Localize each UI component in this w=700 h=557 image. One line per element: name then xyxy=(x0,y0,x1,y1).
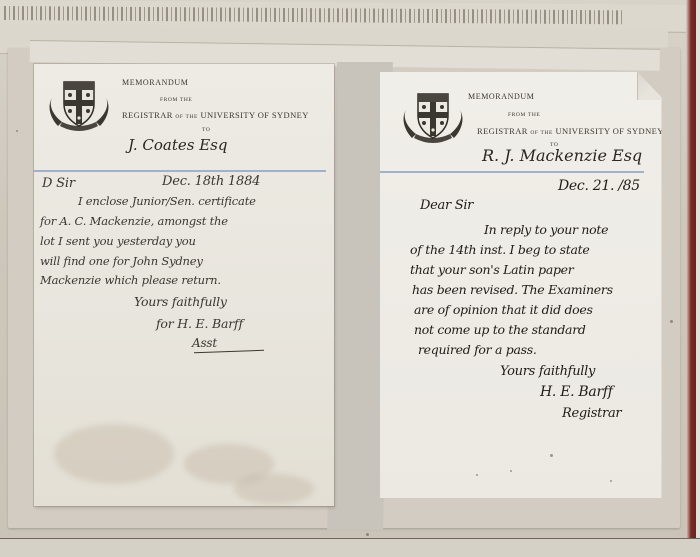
letterhead-registrar: REGISTRAR xyxy=(122,110,173,120)
signature-title: Registrar xyxy=(562,406,621,421)
body-line: of the 14th inst. I beg to state xyxy=(410,242,589,257)
body-line: has been revised. The Examiners xyxy=(412,282,613,297)
signature-initials: Asst xyxy=(192,336,217,350)
letter-right: MEMORANDUM FROM THE REGISTRAR OF THE UNI… xyxy=(380,72,686,498)
university-of-sydney-crest-icon xyxy=(402,88,464,148)
body-line: that your son's Latin paper xyxy=(410,262,573,277)
body-line: Mackenzie which please return. xyxy=(40,273,221,287)
water-stain xyxy=(54,424,174,484)
letterhead-from-the: FROM THE xyxy=(508,112,540,118)
salutation: D Sir xyxy=(42,176,75,191)
letterhead-of-the: OF THE xyxy=(175,114,198,120)
water-stain xyxy=(234,474,314,504)
letterhead-memorandum: MEMORANDUM xyxy=(122,78,188,87)
closing: Yours faithfully xyxy=(134,294,227,309)
body-line: not come up to the standard xyxy=(414,322,586,337)
signature-underline xyxy=(194,350,264,353)
addressee: R. J. Mackenzie Esq xyxy=(482,146,642,165)
next-page-edge xyxy=(0,538,700,557)
foxing-spot xyxy=(366,533,369,536)
letterhead-university: UNIVERSITY OF SYDNEY xyxy=(201,110,309,120)
spine-highlight xyxy=(696,0,700,557)
letterhead-registrar-line: REGISTRAR OF THE UNIVERSITY OF SYDNEY xyxy=(477,126,664,136)
addressee: J. Coates Esq xyxy=(128,136,227,154)
letterhead-to: TO xyxy=(202,127,210,133)
salutation: Dear Sir xyxy=(420,198,473,213)
body-line: required for a pass. xyxy=(418,342,537,357)
letterhead-university: UNIVERSITY OF SYDNEY xyxy=(556,126,664,136)
foxing-spot xyxy=(510,470,512,472)
foxing-spot xyxy=(670,320,673,323)
letterhead-registrar: REGISTRAR xyxy=(477,126,528,136)
letterhead-memorandum: MEMORANDUM xyxy=(468,92,534,101)
signature: H. E. Barff xyxy=(540,384,613,400)
foxing-spot xyxy=(550,454,553,457)
letter-date: Dec. 18th 1884 xyxy=(162,174,260,189)
letter-date: Dec. 21. /85 xyxy=(558,178,640,194)
body-line: I enclose Junior/Sen. certificate xyxy=(78,194,256,208)
university-of-sydney-crest-icon xyxy=(48,76,110,136)
signature: for H. E. Barff xyxy=(156,316,243,331)
letterhead-rule xyxy=(380,171,644,173)
letterhead-from-the: FROM THE xyxy=(160,97,192,103)
body-line: In reply to your note xyxy=(484,222,608,237)
letterhead-of-the: OF THE xyxy=(530,130,553,136)
body-line: are of opinion that it did does xyxy=(414,302,593,317)
printed-text-strip xyxy=(4,6,624,24)
letterhead-rule xyxy=(34,170,326,172)
body-line: will find one for John Sydney xyxy=(40,254,203,268)
letter-left: MEMORANDUM FROM THE REGISTRAR OF THE UNI… xyxy=(34,64,334,506)
letterhead-registrar-line: REGISTRAR OF THE UNIVERSITY OF SYDNEY xyxy=(122,110,309,120)
foxing-spot xyxy=(476,474,478,476)
foxing-spot xyxy=(16,130,18,132)
body-line: lot I sent you yesterday you xyxy=(40,234,196,248)
foxing-spot xyxy=(610,480,612,482)
closing: Yours faithfully xyxy=(500,364,595,379)
body-line: for A. C. Mackenzie, amongst the xyxy=(40,214,228,228)
